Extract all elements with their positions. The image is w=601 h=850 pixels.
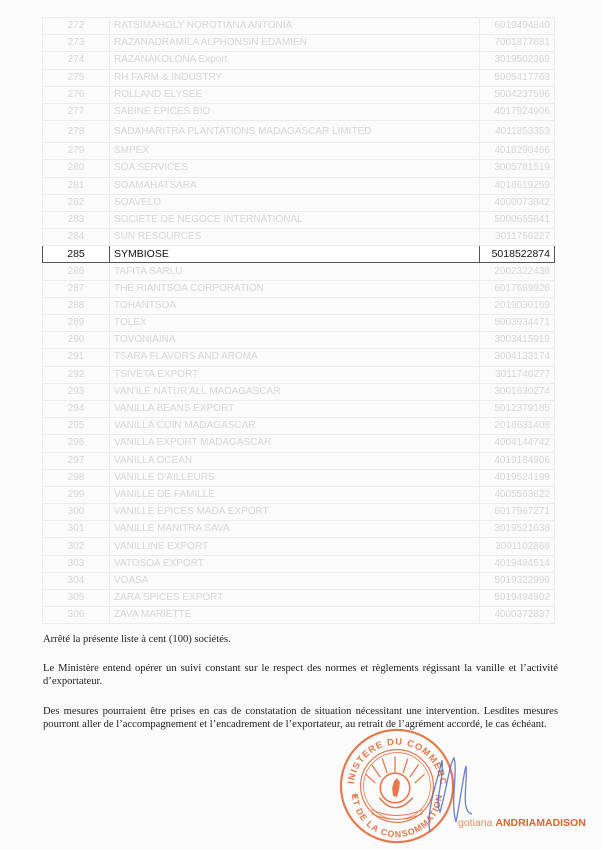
row-number: 276 <box>43 86 110 103</box>
table-row: 306ZAVA MARIETTE4000372837 <box>43 607 555 624</box>
table-row: 302VANILLINE EXPORT3001102868 <box>43 538 555 555</box>
row-number: 285 <box>43 246 110 263</box>
tax-id: 4017924906 <box>480 103 555 120</box>
table-row-highlighted: 285SYMBIOSE5018522874 <box>43 246 555 263</box>
table-row: 279SMPEX4018290466 <box>43 143 555 160</box>
table-row: 291TSARA FLAVORS AND AROMA3004133174 <box>43 349 555 366</box>
row-number: 273 <box>43 35 110 52</box>
row-number: 282 <box>43 194 110 211</box>
tax-id: 6017967271 <box>480 504 555 521</box>
exporters-table: 272RATSIMAHOLY NOROTIANA ANTONIA60194948… <box>42 17 555 624</box>
company-name: SUN RESOURCES <box>110 229 480 246</box>
row-number: 286 <box>43 263 110 280</box>
tax-id: 5004237596 <box>480 86 555 103</box>
table-row: 299VANILLE DE FAMILLE4005563622 <box>43 486 555 503</box>
tax-id: 4005563622 <box>480 486 555 503</box>
row-number: 302 <box>43 538 110 555</box>
table-row: 284SUN RESOURCES3011756227 <box>43 229 555 246</box>
tax-id: 4011853353 <box>480 121 555 143</box>
company-name: TSIVETA EXPORT <box>110 366 480 383</box>
table-row: 277SABINE EPICES BIO4017924906 <box>43 103 555 120</box>
table-row: 298VANILLE D'AILLEURS4019524199 <box>43 469 555 486</box>
tax-id: 2002322438 <box>480 263 555 280</box>
table-row: 280SOA SERVICES3005781519 <box>43 160 555 177</box>
row-number: 306 <box>43 607 110 624</box>
table-row: 287THE RIANTSOA CORPORATION6017689926 <box>43 280 555 297</box>
company-name: VANILLINE EXPORT <box>110 538 480 555</box>
exporters-table-container: 272RATSIMAHOLY NOROTIANA ANTONIA60194948… <box>42 17 552 624</box>
company-name: SADAHARITRA PLANTATIONS MADAGASCAR LIMIT… <box>110 121 480 143</box>
company-name: RAZANADRAMILA ALPHONSIN EDAMIEN <box>110 35 480 52</box>
table-row: 281SOAMAHATSARA4018619259 <box>43 177 555 194</box>
tax-id: 3005781519 <box>480 160 555 177</box>
row-number: 300 <box>43 504 110 521</box>
company-name: TOHANTSOA <box>110 297 480 314</box>
table-row: 300VANILLE EPICES MADA EXPORT6017967271 <box>43 504 555 521</box>
tax-id: 4018290466 <box>480 143 555 160</box>
company-name: VANILLA OCEAN <box>110 452 480 469</box>
row-number: 291 <box>43 349 110 366</box>
company-name: SMPEX <box>110 143 480 160</box>
table-row: 305ZARA SPICES EXPORT5019494902 <box>43 590 555 607</box>
table-row: 276ROLLAND ELYSEE5004237596 <box>43 86 555 103</box>
company-name: SOCIETE DE NEGOCE INTERNATIONAL <box>110 211 480 228</box>
company-name: SOAMAHATSARA <box>110 177 480 194</box>
row-number: 303 <box>43 555 110 572</box>
tax-id: 4019484514 <box>480 555 555 572</box>
tax-id: 3004133174 <box>480 349 555 366</box>
row-number: 298 <box>43 469 110 486</box>
tax-id: 3019521638 <box>480 521 555 538</box>
monitoring-statement: Le Ministère entend opérer un suivi cons… <box>43 662 558 688</box>
tax-id: 4019524199 <box>480 469 555 486</box>
tax-id: 6017689926 <box>480 280 555 297</box>
company-name: VANILLA BEANS EXPORT <box>110 400 480 417</box>
table-row: 272RATSIMAHOLY NOROTIANA ANTONIA60194948… <box>43 18 555 35</box>
company-name: VAN'ILE NATUR'ALL MADAGASCAR <box>110 383 480 400</box>
row-number: 294 <box>43 400 110 417</box>
tax-id: 5019494902 <box>480 590 555 607</box>
company-name: VANILLA COIN MADAGASCAR <box>110 418 480 435</box>
table-row: 283SOCIETE DE NEGOCE INTERNATIONAL500065… <box>43 211 555 228</box>
tax-id: 5018522874 <box>480 246 555 263</box>
tax-id: 6019494840 <box>480 18 555 35</box>
table-row: 304VOASA5019322999 <box>43 572 555 589</box>
signatory-name: gotiana ANDRIAMADISON <box>458 817 586 829</box>
company-name: THE RIANTSOA CORPORATION <box>110 280 480 297</box>
signatory-first-name: gotiana <box>458 817 492 829</box>
svg-text:★: ★ <box>352 791 359 800</box>
table-row: 297VANILLA OCEAN4019184906 <box>43 452 555 469</box>
table-row: 278SADAHARITRA PLANTATIONS MADAGASCAR LI… <box>43 121 555 143</box>
tax-id: 3001102868 <box>480 538 555 555</box>
row-number: 283 <box>43 211 110 228</box>
company-name: TAFITA SARLU <box>110 263 480 280</box>
row-number: 299 <box>43 486 110 503</box>
table-row: 292TSIVETA EXPORT3011740277 <box>43 366 555 383</box>
row-number: 278 <box>43 121 110 143</box>
tax-id: 3001630274 <box>480 383 555 400</box>
row-number: 293 <box>43 383 110 400</box>
tax-id: 5012379185 <box>480 400 555 417</box>
table-row: 288TOHANTSOA2019030169 <box>43 297 555 314</box>
tax-id: 4000073842 <box>480 194 555 211</box>
company-name: VANILLE MANITRA SAVA <box>110 521 480 538</box>
measures-statement: Des mesures pourraient être prises en ca… <box>43 705 558 731</box>
table-row: 289TOLEX5003934471 <box>43 315 555 332</box>
tax-id: 4019184906 <box>480 452 555 469</box>
row-number: 301 <box>43 521 110 538</box>
table-row: 296VANILLA EXPORT MADAGASCAR4004144742 <box>43 435 555 452</box>
company-name: VANILLA EXPORT MADAGASCAR <box>110 435 480 452</box>
company-name: VANILLE DE FAMILLE <box>110 486 480 503</box>
tax-id: 3011756227 <box>480 229 555 246</box>
tax-id: 4004144742 <box>480 435 555 452</box>
row-number: 295 <box>43 418 110 435</box>
tax-id: 2018631408 <box>480 418 555 435</box>
tax-id: 5003934471 <box>480 315 555 332</box>
company-name: VOASA <box>110 572 480 589</box>
company-name: SOAVELO <box>110 194 480 211</box>
row-number: 281 <box>43 177 110 194</box>
company-name: VANILLE D'AILLEURS <box>110 469 480 486</box>
row-number: 304 <box>43 572 110 589</box>
tax-id: 3011740277 <box>480 366 555 383</box>
signatory-last-name: ANDRIAMADISON <box>495 817 585 829</box>
company-name: TOLEX <box>110 315 480 332</box>
row-number: 292 <box>43 366 110 383</box>
table-row: 273RAZANADRAMILA ALPHONSIN EDAMIEN700187… <box>43 35 555 52</box>
row-number: 272 <box>43 18 110 35</box>
company-name: VANILLE EPICES MADA EXPORT <box>110 504 480 521</box>
tax-id: 3019502369 <box>480 52 555 69</box>
company-name: SYMBIOSE <box>110 246 480 263</box>
list-closing-statement: Arrêté la présente liste à cent (100) so… <box>43 633 558 646</box>
row-number: 287 <box>43 280 110 297</box>
row-number: 305 <box>43 590 110 607</box>
tax-id: 4018619259 <box>480 177 555 194</box>
tax-id: 5000655841 <box>480 211 555 228</box>
row-number: 274 <box>43 52 110 69</box>
company-name: ZAVA MARIETTE <box>110 607 480 624</box>
table-row: 301VANILLE MANITRA SAVA3019521638 <box>43 521 555 538</box>
row-number: 275 <box>43 69 110 86</box>
tax-id: 4000372837 <box>480 607 555 624</box>
row-number: 297 <box>43 452 110 469</box>
company-name: SABINE EPICES BIO <box>110 103 480 120</box>
row-number: 289 <box>43 315 110 332</box>
document-page: 272RATSIMAHOLY NOROTIANA ANTONIA60194948… <box>0 0 601 850</box>
company-name: RH FARM & INDUSTRY <box>110 69 480 86</box>
table-row: 282SOAVELO4000073842 <box>43 194 555 211</box>
tax-id: 2019030169 <box>480 297 555 314</box>
company-name: TSARA FLAVORS AND AROMA <box>110 349 480 366</box>
company-name: RATSIMAHOLY NOROTIANA ANTONIA <box>110 18 480 35</box>
row-number: 290 <box>43 332 110 349</box>
company-name: ROLLAND ELYSEE <box>110 86 480 103</box>
row-number: 296 <box>43 435 110 452</box>
row-number: 288 <box>43 297 110 314</box>
company-name: VATOSOA EXPORT <box>110 555 480 572</box>
table-row: 286TAFITA SARLU2002322438 <box>43 263 555 280</box>
company-name: TOVONIAINA <box>110 332 480 349</box>
table-row: 303VATOSOA EXPORT4019484514 <box>43 555 555 572</box>
row-number: 279 <box>43 143 110 160</box>
table-row: 293VAN'ILE NATUR'ALL MADAGASCAR300163027… <box>43 383 555 400</box>
tax-id: 5005417763 <box>480 69 555 86</box>
table-row: 274RAZANAKOLONA Export3019502369 <box>43 52 555 69</box>
row-number: 284 <box>43 229 110 246</box>
tax-id: 7001877881 <box>480 35 555 52</box>
row-number: 277 <box>43 103 110 120</box>
tax-id: 5019322999 <box>480 572 555 589</box>
table-row: 290TOVONIAINA3003415919 <box>43 332 555 349</box>
table-row: 295VANILLA COIN MADAGASCAR2018631408 <box>43 418 555 435</box>
company-name: RAZANAKOLONA Export <box>110 52 480 69</box>
table-row: 275RH FARM & INDUSTRY5005417763 <box>43 69 555 86</box>
table-row: 294VANILLA BEANS EXPORT5012379185 <box>43 400 555 417</box>
company-name: ZARA SPICES EXPORT <box>110 590 480 607</box>
tax-id: 3003415919 <box>480 332 555 349</box>
company-name: SOA SERVICES <box>110 160 480 177</box>
row-number: 280 <box>43 160 110 177</box>
